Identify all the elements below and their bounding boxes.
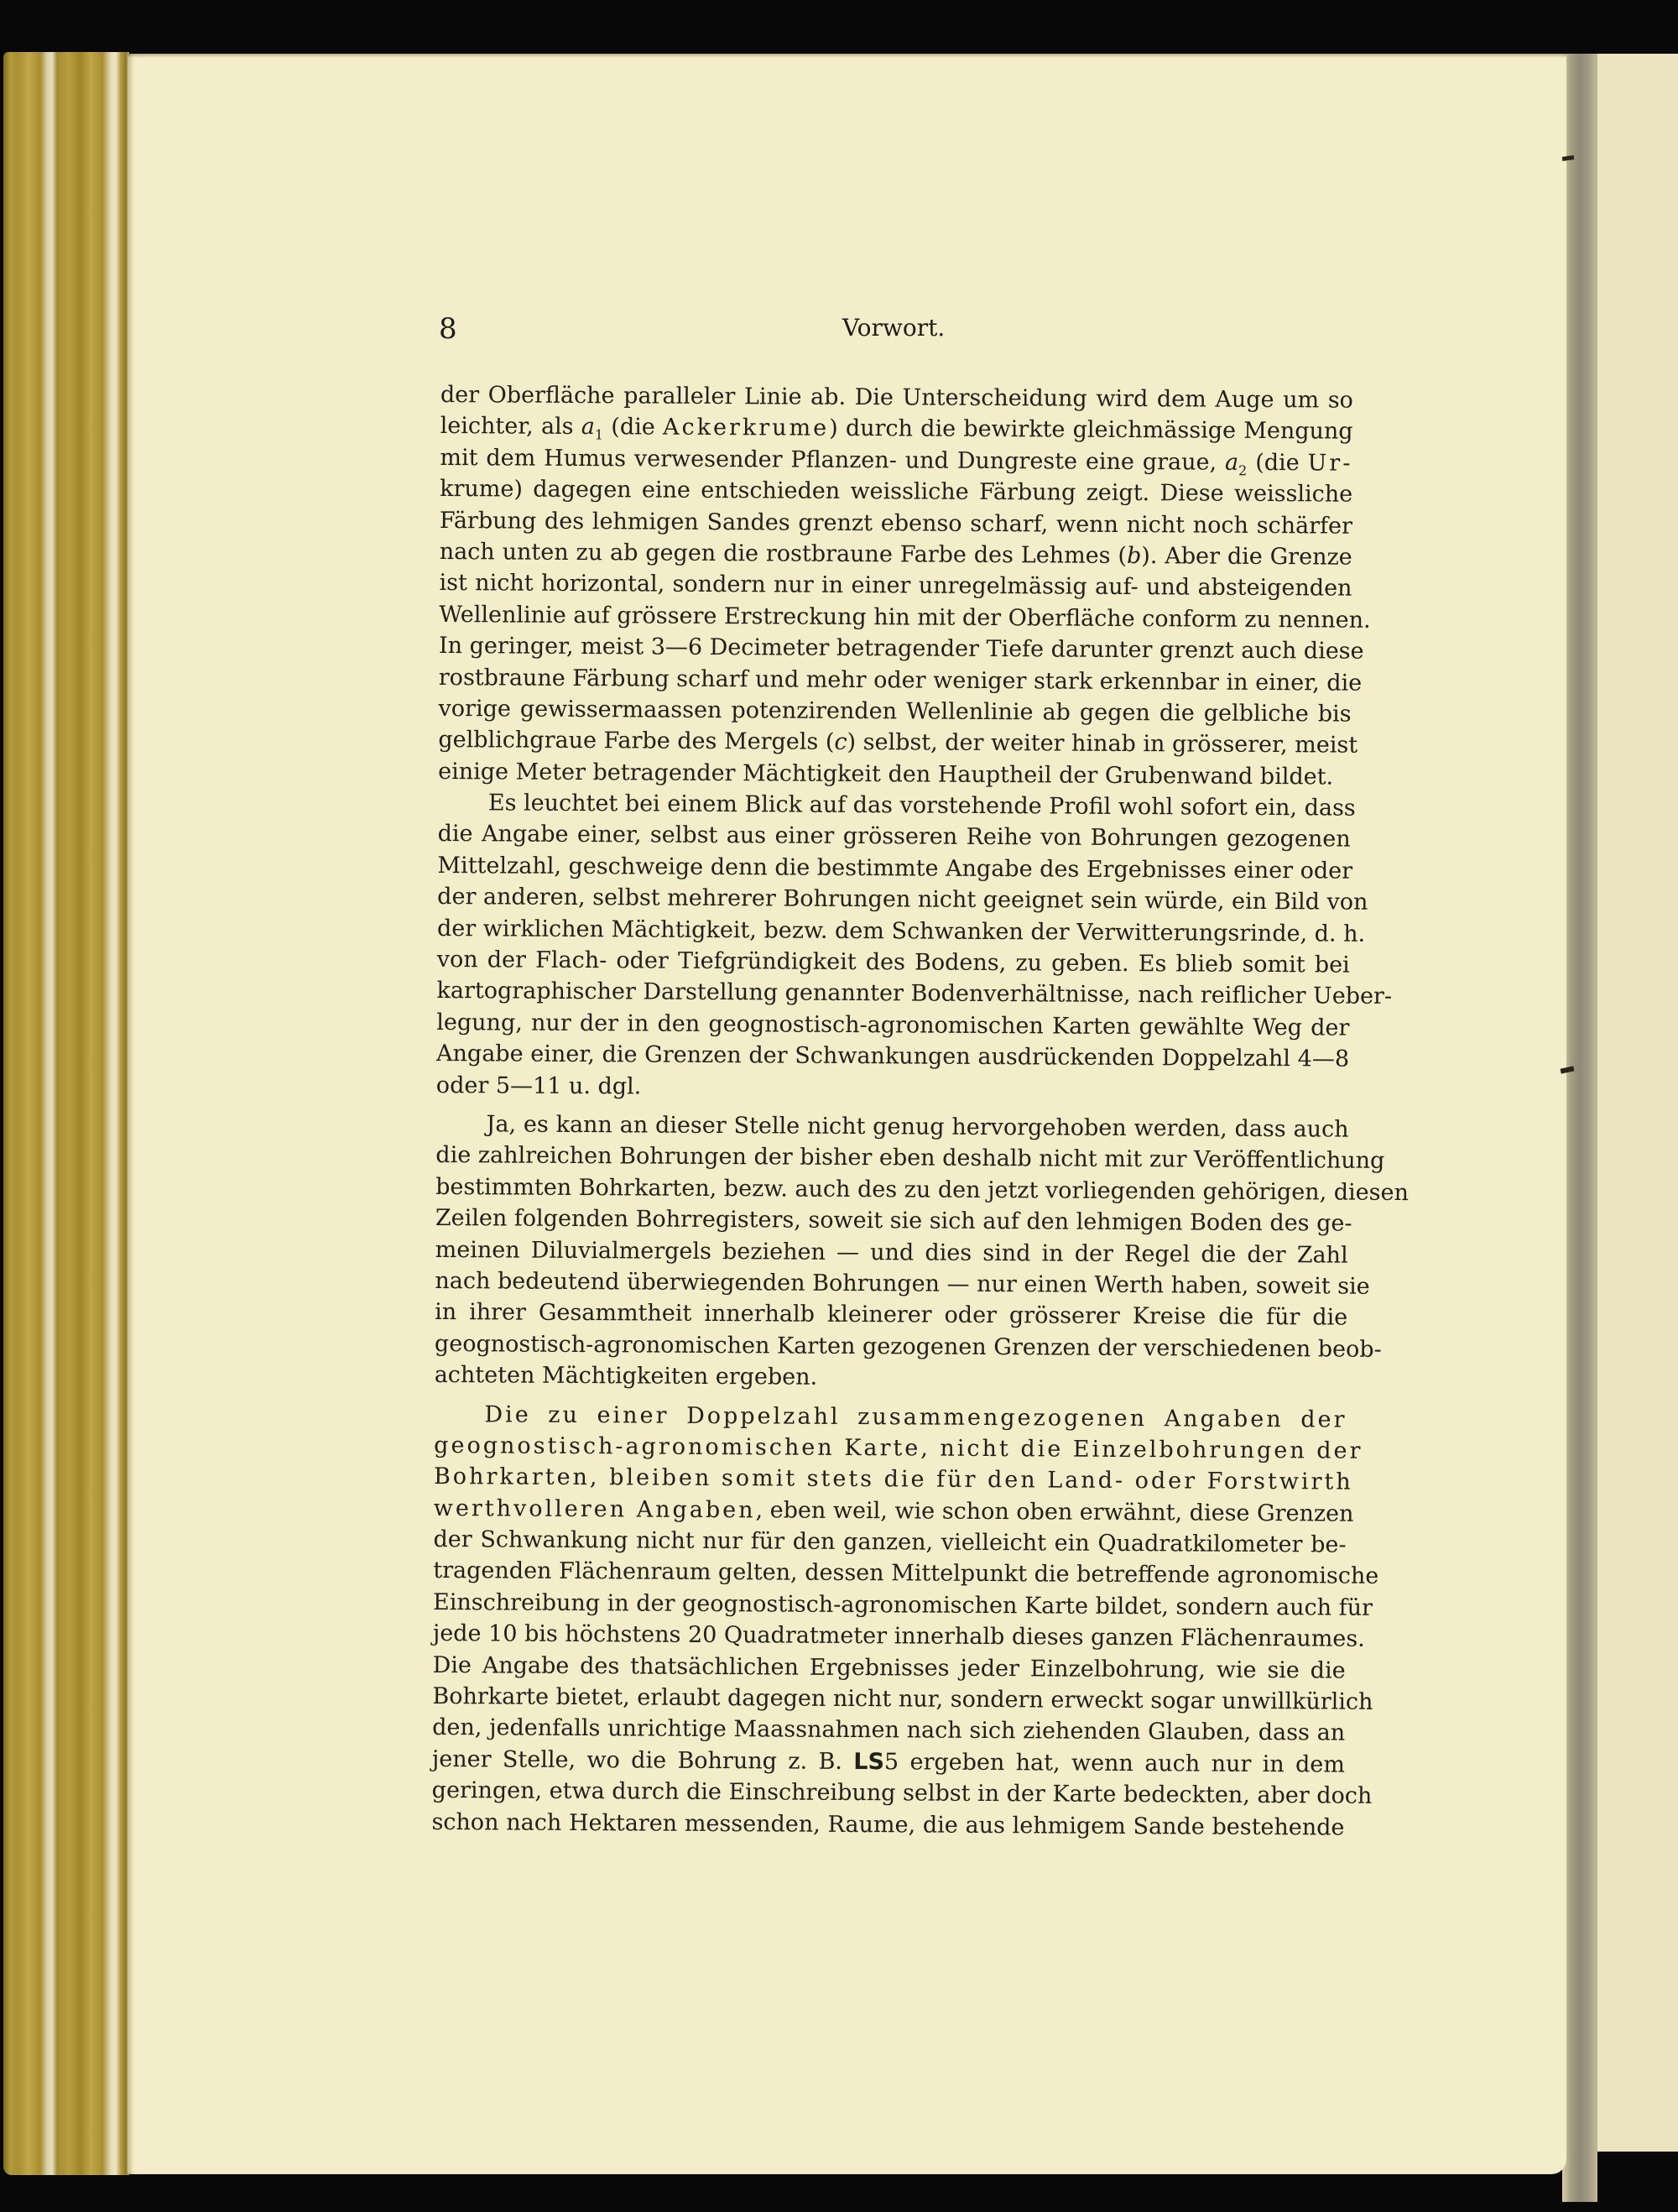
- running-head: 8 Vorwort.: [0, 312, 1678, 346]
- text-line: In geringer, meist 3—6 Decimeter betrage…: [439, 630, 1352, 667]
- text-line: ist nicht horizontal, sondern nur in ein…: [439, 567, 1352, 604]
- text-line: die zahlreichen Bohrungen der bisher ebe…: [435, 1140, 1348, 1176]
- facing-page-edge: [1597, 54, 1678, 2152]
- section-title: Vorwort.: [842, 314, 945, 342]
- text-line: den, jedenfalls unrichtige Maassnahmen n…: [432, 1712, 1345, 1749]
- text-line: Angabe einer, die Grenzen der Schwankung…: [436, 1038, 1349, 1075]
- text-line: tragenden Flächenraum gelten, dessen Mit…: [433, 1555, 1346, 1592]
- text-line: der anderen, selbst mehrerer Bohrungen n…: [437, 881, 1350, 918]
- text-line: leichter, als a1 (die Ackerkrume) durch …: [440, 410, 1353, 447]
- page-number: 8: [439, 312, 457, 346]
- text-line: rostbraune Färbung scharf und mehr oder …: [439, 662, 1352, 699]
- text-line: krume) dagegen eine entschieden weisslic…: [440, 473, 1352, 510]
- text-line: jede 10 bis höchstens 20 Quadratmeter in…: [433, 1618, 1346, 1655]
- text-line: schon nach Hektaren messenden, Raume, di…: [431, 1807, 1344, 1844]
- text-line: kartographischer Darstellung genannter B…: [436, 975, 1349, 1012]
- text-line: Die zu einer Doppelzahl zusammengezogene…: [434, 1398, 1347, 1435]
- text-line: meinen Diluvialmergels beziehen — und di…: [435, 1234, 1348, 1271]
- text-line: die Angabe einer, selbst aus einer gröss…: [438, 818, 1351, 855]
- text-line: oder 5—11 u. dgl.: [436, 1070, 1349, 1107]
- text-line: in ihrer Gesammtheit innerhalb kleinerer…: [435, 1296, 1347, 1333]
- text-line: Zeilen folgenden Bohrregisters, soweit s…: [435, 1203, 1348, 1239]
- text-line: Bohrkarten, bleiben somit stets die für …: [434, 1461, 1347, 1498]
- text-line: gelblichgraue Farbe des Mergels (c) selb…: [438, 724, 1351, 761]
- book-page-edges: [3, 52, 129, 2175]
- soil-code: LS: [853, 1749, 884, 1775]
- text-line: geringen, etwa durch die Einschreibung s…: [432, 1775, 1345, 1812]
- body-text: der Oberfläche paralleler Linie ab. Die …: [431, 379, 1353, 1844]
- book-gutter-shadow: [1562, 54, 1597, 2202]
- text-line: achteten Mächtigkeiten ergeben.: [435, 1359, 1347, 1396]
